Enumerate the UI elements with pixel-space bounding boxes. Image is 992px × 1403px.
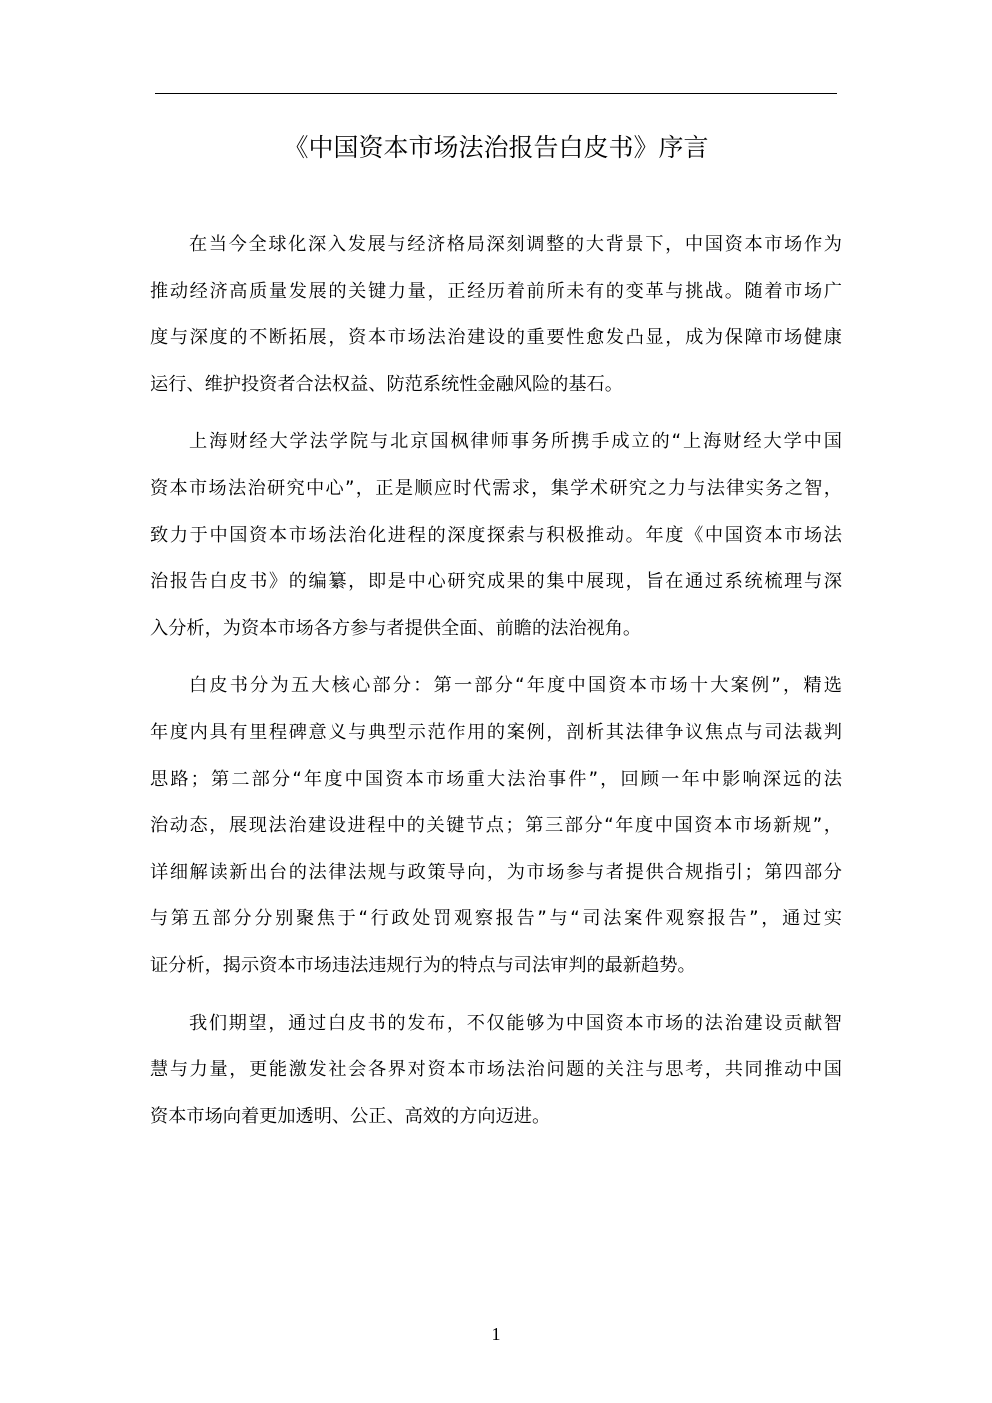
header-rule bbox=[155, 93, 837, 94]
text-line: 详细解读新出台的法律法规与政策导向，为市场参与者提供合规指引；第四部分 bbox=[150, 850, 842, 897]
text-line: 与第五部分分别聚焦于“行政处罚观察报告”与“司法案件观察报告”，通过实 bbox=[150, 896, 842, 943]
text-line: 度与深度的不断拓展，资本市场法治建设的重要性愈发凸显，成为保障市场健康 bbox=[150, 315, 842, 362]
document-body: 在当今全球化深入发展与经济格局深刻调整的大背景下，中国资本市场作为 推动经济高质… bbox=[150, 222, 842, 1151]
document-title: 《中国资本市场法治报告白皮书》序言 bbox=[0, 128, 992, 168]
text-line: 思路；第二部分“年度中国资本市场重大法治事件”，回顾一年中影响深远的法 bbox=[150, 757, 842, 804]
text-line: 我们期望，通过白皮书的发布，不仅能够为中国资本市场的法治建设贡献智 bbox=[150, 1001, 842, 1048]
paragraph-2: 上海财经大学法学院与北京国枫律师事务所携手成立的“上海财经大学中国 资本市场法治… bbox=[150, 419, 842, 652]
text-line: 白皮书分为五大核心部分：第一部分“年度中国资本市场十大案例”，精选 bbox=[150, 663, 842, 710]
paragraph-1: 在当今全球化深入发展与经济格局深刻调整的大背景下，中国资本市场作为 推动经济高质… bbox=[150, 222, 842, 408]
text-line: 证分析，揭示资本市场违法违规行为的特点与司法审判的最新趋势。 bbox=[150, 943, 842, 990]
text-line: 年度内具有里程碑意义与典型示范作用的案例，剖析其法律争议焦点与司法裁判 bbox=[150, 710, 842, 757]
paragraph-3: 白皮书分为五大核心部分：第一部分“年度中国资本市场十大案例”，精选 年度内具有里… bbox=[150, 663, 842, 989]
text-line: 致力于中国资本市场法治化进程的深度探索与积极推动。年度《中国资本市场法 bbox=[150, 513, 842, 560]
text-line: 资本市场向着更加透明、公正、高效的方向迈进。 bbox=[150, 1094, 842, 1141]
text-line: 在当今全球化深入发展与经济格局深刻调整的大背景下，中国资本市场作为 bbox=[150, 222, 842, 269]
text-line: 治报告白皮书》的编纂，即是中心研究成果的集中展现，旨在通过系统梳理与深 bbox=[150, 559, 842, 606]
text-line: 慧与力量，更能激发社会各界对资本市场法治问题的关注与思考，共同推动中国 bbox=[150, 1047, 842, 1094]
text-line: 推动经济高质量发展的关键力量，正经历着前所未有的变革与挑战。随着市场广 bbox=[150, 269, 842, 316]
text-line: 运行、维护投资者合法权益、防范系统性金融风险的基石。 bbox=[150, 362, 842, 409]
page-number: 1 bbox=[0, 1324, 992, 1345]
text-line: 上海财经大学法学院与北京国枫律师事务所携手成立的“上海财经大学中国 bbox=[150, 419, 842, 466]
text-line: 资本市场法治研究中心”，正是顺应时代需求，集学术研究之力与法律实务之智， bbox=[150, 466, 842, 513]
text-line: 治动态，展现法治建设进程中的关键节点；第三部分“年度中国资本市场新规”， bbox=[150, 803, 842, 850]
text-line: 入分析，为资本市场各方参与者提供全面、前瞻的法治视角。 bbox=[150, 606, 842, 653]
paragraph-4: 我们期望，通过白皮书的发布，不仅能够为中国资本市场的法治建设贡献智 慧与力量，更… bbox=[150, 1001, 842, 1141]
